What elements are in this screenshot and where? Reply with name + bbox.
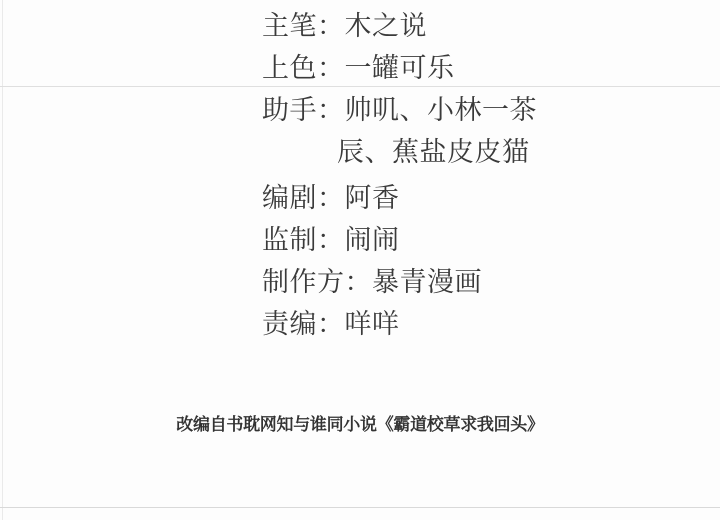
adaptation-note: 改编自书耽网知与谁同小说《霸道校草求我回头》 (0, 410, 720, 435)
credits-block: 主笔：木之说 上色：一罐可乐 助手：帅叽、小林一茶 辰、蕉盐皮皮猫 编剧：阿香 … (262, 5, 537, 345)
page-left-edge-line (2, 0, 3, 520)
credit-line-supervisor: 监制：闹闹 (262, 219, 537, 261)
credit-line-assistants-continued: 辰、蕉盐皮皮猫 (337, 131, 537, 173)
comic-credits-page: 主笔：木之说 上色：一罐可乐 助手：帅叽、小林一茶 辰、蕉盐皮皮猫 编剧：阿香 … (0, 0, 720, 520)
credit-line-assistants: 助手：帅叽、小林一茶 (262, 89, 537, 131)
credit-line-lead-artist: 主笔：木之说 (262, 5, 537, 47)
credit-line-producer: 制作方：暴青漫画 (262, 261, 537, 303)
credit-line-editor: 责编：咩咩 (262, 303, 537, 345)
credit-line-scriptwriter: 编剧：阿香 (262, 177, 537, 219)
credit-line-colorist: 上色：一罐可乐 (262, 47, 537, 89)
panel-seam-bottom (0, 507, 720, 508)
